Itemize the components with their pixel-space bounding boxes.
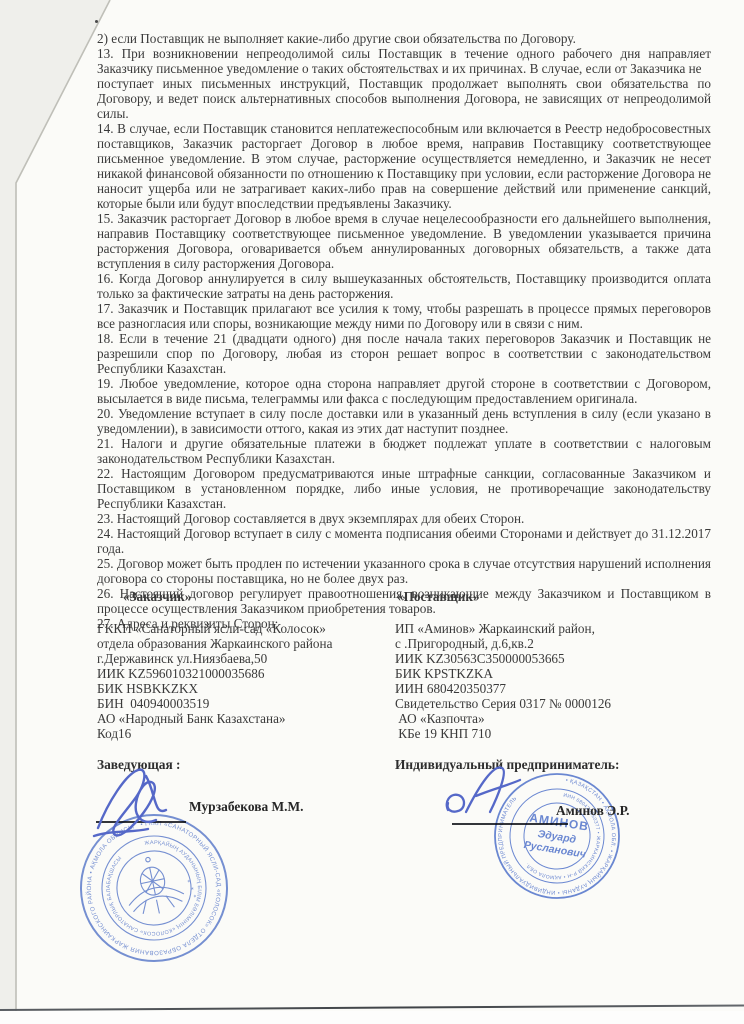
clause-paragraph: 18. Если в течение 21 (двадцати одного) … (97, 331, 711, 376)
parties-section: «Заказчик» ГККП «Санаторный ясли-сад «Ко… (97, 589, 711, 741)
supplier-header: «Поставщик» (395, 589, 711, 604)
customer-line: АО «Народный Банк Казахстана» (97, 711, 395, 726)
contract-clauses: 2) если Поставщик не выполняет какие-либ… (97, 31, 711, 631)
supplier-line: ИИК KZ30563C350000053665 (395, 651, 711, 666)
clause-paragraph: 19. Любое уведомление, которое одна стор… (97, 376, 711, 406)
customer-line: ИИК KZ596010321000035686 (97, 666, 395, 681)
kazakhstan-emblem-icon (120, 852, 187, 920)
clause-paragraph: 25. Договор может быть продлен по истече… (97, 556, 711, 586)
supplier-line: БИК KPSTKZKA (395, 666, 711, 681)
supplier-line: Свидетельство Серия 0317 № 0000126 (395, 696, 711, 711)
clause-paragraph: 17. Заказчик и Поставщик прилагают все у… (97, 301, 711, 331)
supplier-line: ИИН 680420350377 (395, 681, 711, 696)
customer-line: Код16 (97, 726, 395, 741)
supplier-line: КБе 19 КНП 710 (395, 726, 711, 741)
clause-paragraph: 23. Настоящий Договор составляется в дву… (97, 511, 711, 526)
stamp-separator-stars: * (191, 887, 195, 894)
clause-paragraph: 15. Заказчик расторгает Договор в любое … (97, 211, 711, 271)
supplier-signature-ink (436, 758, 566, 833)
customer-line: БИК HSBKKZKX (97, 681, 395, 696)
supplier-line: с .Пригородный, д.6,кв.2 (395, 636, 711, 651)
clause-paragraph: 2) если Поставщик не выполняет какие-либ… (97, 31, 711, 46)
customer-requisites: «Заказчик» ГККП «Санаторный ясли-сад «Ко… (97, 589, 395, 741)
clause-paragraph: 16. Когда Договор аннулируется в силу вы… (97, 271, 711, 301)
clause-paragraph: 24. Настоящий Договор вступает в силу с … (97, 526, 711, 556)
clause-paragraph: 20. Уведомление вступает в силу после до… (97, 406, 711, 436)
clause-paragraph: 21. Налоги и другие обязательные платежи… (97, 436, 711, 466)
scan-speck (95, 20, 98, 23)
customer-line: отдела образования Жаркаинского района (97, 636, 395, 651)
customer-line: БИН 040940003519 (97, 696, 395, 711)
clause-paragraph: 22. Настоящим Договором предусматриваютс… (97, 466, 711, 511)
clause-paragraph: 13. При возникновении непреодолимой силы… (97, 46, 711, 76)
customer-header: «Заказчик» (97, 589, 395, 604)
scanned-contract-page: 2) если Поставщик не выполняет какие-либ… (0, 0, 744, 1024)
customer-line: г.Державинск ул.Ниязбаева,50 (97, 651, 395, 666)
customer-signer-name: Мурзабекова М.М. (189, 799, 303, 815)
supplier-requisites: «Поставщик» ИП «Аминов» Жаркаинский райо… (395, 589, 711, 741)
supplier-line: ИП «Аминов» Жаркаинский район, (395, 621, 711, 636)
supplier-signer-name: Аминов Э.Р. (556, 803, 629, 819)
supplier-line: АО «Казпочта» (395, 711, 711, 726)
customer-line: ГККП «Санаторный ясли-сад «Колосок» (97, 621, 395, 636)
scanner-bed-strip (0, 1011, 744, 1024)
clause-paragraph: 14. В случае, если Поставщик становится … (97, 121, 711, 211)
clause-paragraph: поступает иных письменных инструкций, По… (97, 76, 711, 121)
